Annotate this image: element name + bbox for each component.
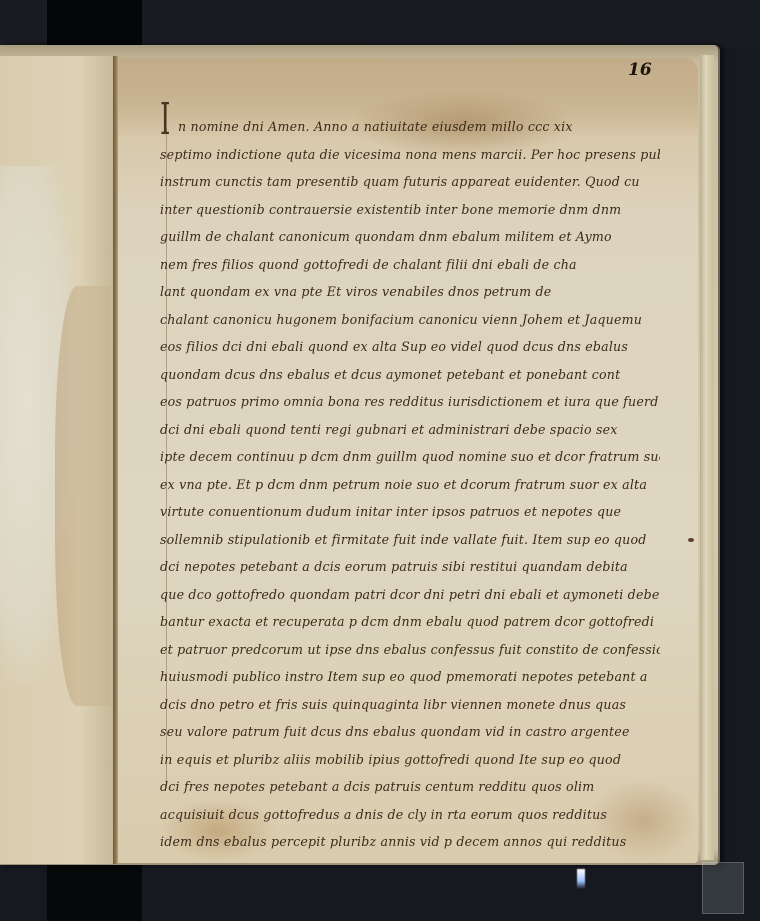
manuscript-line: ipte decem continuu p dcm dnm guillm quo…: [160, 443, 660, 471]
binding-shadow-bottom: [47, 862, 142, 921]
manuscript-line: sollemnib stipulationib et firmitate fui…: [160, 526, 660, 554]
folio-number: 16: [628, 60, 652, 80]
manuscript-line: ex vna pte. Et p dcm dnm petrum noie suo…: [160, 471, 660, 499]
manuscript-line: eos filios dci dni ebali quond ex alta S…: [160, 333, 660, 361]
manuscript-line: virtute conuentionum dudum initar inter …: [160, 498, 660, 526]
right-page: 16 I n nomine dni Amen. Anno a natiuitat…: [118, 58, 698, 863]
manuscript-line: dci dni ebali quond tenti regi gubnari e…: [160, 416, 660, 444]
manuscript-line: bantur exacta et recuperata p dcm dnm eb…: [160, 608, 660, 636]
manuscript-line: et patruor predcorum ut ipse dns ebalus …: [160, 636, 660, 664]
ink-speck: [688, 538, 694, 542]
manuscript-line: instrum cunctis tam presentib quam futur…: [160, 168, 660, 196]
left-page: [0, 56, 113, 864]
manuscript-line: dci fres nepotes petebant a dcis patruis…: [160, 773, 660, 801]
light-glare: [577, 869, 585, 889]
manuscript-line: nem fres filios quond gottofredi de chal…: [160, 251, 660, 279]
manuscript-line: que dco gottofredo quondam patri dcor dn…: [160, 581, 660, 609]
manuscript-line: septimo indictione quta die vicesima non…: [160, 141, 660, 169]
manuscript-line: dci nepotes petebant a dcis eorum patrui…: [160, 553, 660, 581]
manuscript-line: lant quondam ex vna pte Et viros venabil…: [160, 278, 660, 306]
manuscript-line: seu valore patrum fuit dcus dns ebalus q…: [160, 718, 660, 746]
manuscript-line: eos patruos primo omnia bona res redditu…: [160, 388, 660, 416]
manuscript-line: acquisiuit dcus gottofredus a dnis de cl…: [160, 801, 660, 829]
water-stain-edge: [55, 286, 110, 706]
page-edge: [700, 55, 714, 860]
clear-tape: [702, 862, 744, 914]
manuscript-line: huiusmodi publico instro Item sup eo quo…: [160, 663, 660, 691]
manuscript-line: quondam dcus dns ebalus et dcus aymonet …: [160, 361, 660, 389]
manuscript-line: inter questionib contrauersie existentib…: [160, 196, 660, 224]
manuscript-line: anno quol valuit quinquaginta libr monet…: [160, 856, 660, 864]
manuscript-line: in equis et pluribz aliis mobilib ipius …: [160, 746, 660, 774]
manuscript-line: n nomine dni Amen. Anno a natiuitate eiu…: [160, 113, 660, 141]
manuscript-text: n nomine dni Amen. Anno a natiuitate eiu…: [160, 113, 660, 863]
manuscript-line: dcis dno petro et fris suis quinquaginta…: [160, 691, 660, 719]
manuscript-line: chalant canonicu hugonem bonifacium cano…: [160, 306, 660, 334]
manuscript-line: idem dns ebalus percepit pluribz annis v…: [160, 828, 660, 856]
manuscript-line: guillm de chalant canonicum quondam dnm …: [160, 223, 660, 251]
